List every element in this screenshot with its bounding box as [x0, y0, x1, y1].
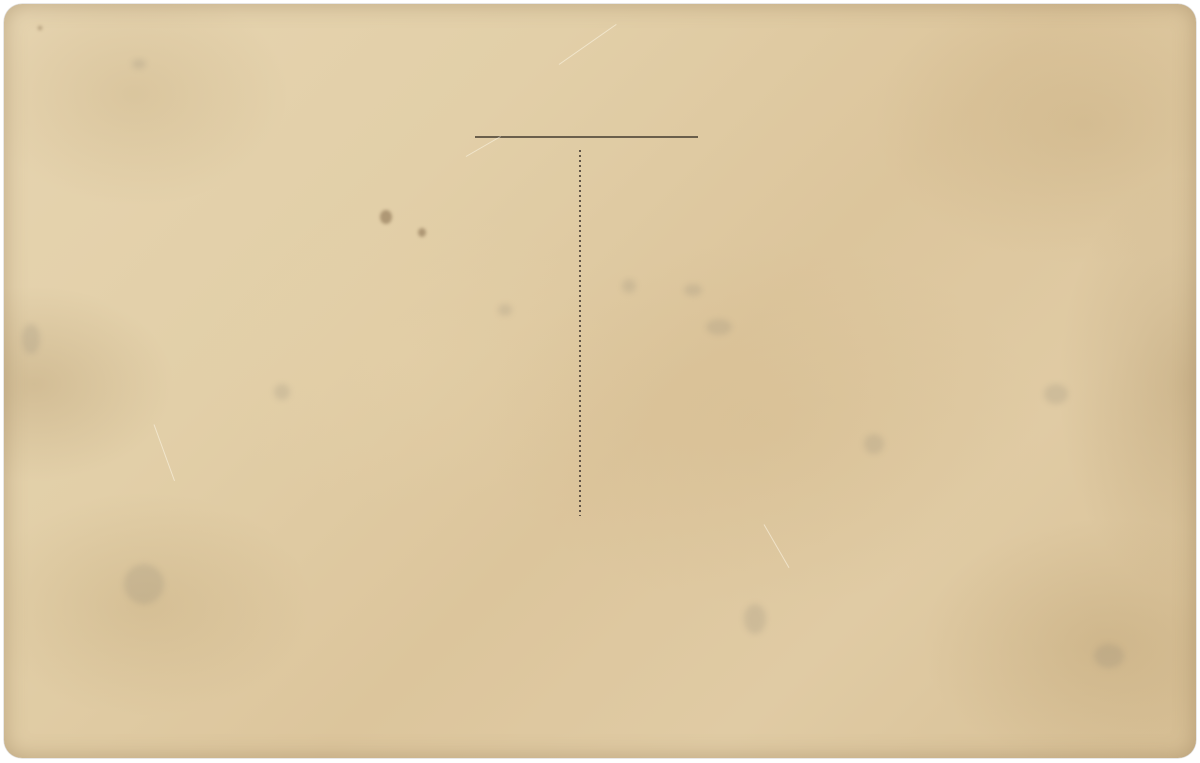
postcard-back — [4, 4, 1196, 758]
address-divider-dotted-line — [579, 150, 581, 516]
stain-spot — [684, 284, 702, 296]
stain-spot — [706, 319, 732, 335]
stain-spot — [380, 210, 392, 224]
stain-spot — [132, 59, 146, 69]
stain-spot — [1044, 384, 1068, 404]
stain-spot — [22, 324, 40, 354]
paper-crease — [154, 424, 175, 481]
stain-spot — [124, 564, 164, 604]
stain-spot — [1094, 644, 1124, 668]
stain-spot — [274, 384, 290, 400]
paper-crease — [559, 24, 617, 65]
stain-spot — [38, 26, 42, 30]
stain-spot — [864, 434, 884, 454]
paper-crease — [466, 136, 501, 157]
paper-crease — [764, 524, 790, 568]
header-rule-line — [475, 136, 698, 138]
stain-spot — [418, 228, 426, 237]
stain-spot — [498, 304, 512, 316]
stain-spot — [622, 279, 636, 293]
stain-spot — [744, 604, 766, 634]
